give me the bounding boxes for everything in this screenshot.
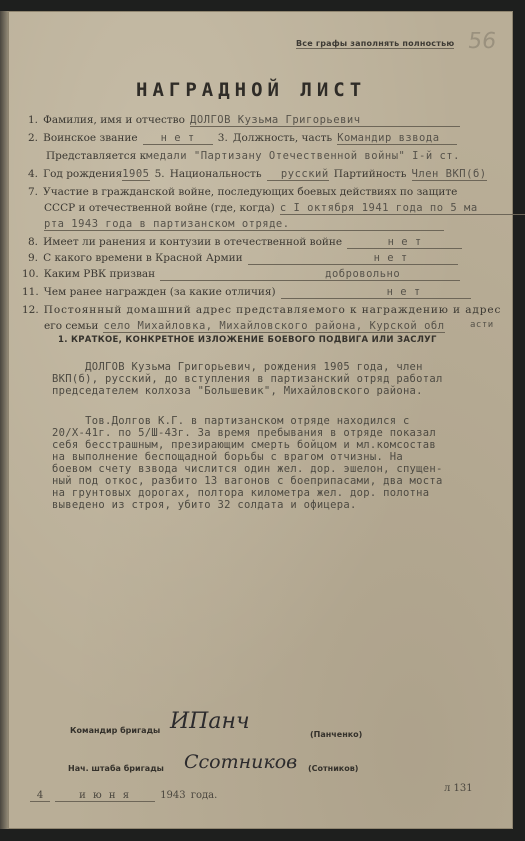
field-number: 12. [22, 304, 39, 316]
narrative-line: на грунтовых дорогах, полтора километра … [52, 487, 443, 499]
field-conscription: 10. Каким РВК призван добровольно [22, 262, 460, 281]
field-number: 3. [218, 132, 228, 144]
date-suffix: года. [191, 790, 218, 801]
page-mark: л 131 [444, 783, 473, 794]
field-number: 7. [28, 186, 38, 198]
field-number: 10. [22, 268, 39, 280]
commander-role-label: Командир бригады [70, 726, 160, 735]
field-home-address-cont: его семьи село Михайловка, Михайловского… [44, 314, 445, 333]
field-label: Национальность [170, 168, 262, 180]
field-label: Каким РВК призван [44, 268, 155, 280]
narrative-block: ДОЛГОВ Кузьма Григорьевич, рождения 1905… [52, 361, 443, 511]
field-previous-awards: 11. Чем ранее награжден (за какие отличи… [22, 280, 471, 299]
field-label: Должность, часть [233, 132, 332, 144]
field-label: его семьи [44, 320, 98, 332]
narrative-line: Тов.Долгов К.Г. в партизанском отряде на… [52, 415, 443, 427]
field-label: Фамилия, имя и отчество [43, 114, 185, 126]
section-heading: 1. КРАТКОЕ, КОНКРЕТНОЕ ИЗЛОЖЕНИЕ БОЕВОГО… [58, 335, 437, 345]
narrative-line [52, 397, 443, 415]
award-sheet-page: Все графы заполнять полностью 56 НАГРАДН… [8, 11, 513, 829]
field-label: Год рождения [43, 168, 122, 180]
field-number: 11. [22, 286, 39, 298]
field-birth-nationality-party: 4. Год рождения1905 5. Национальность ру… [28, 162, 487, 181]
document-date: 4 и ю н я 1943 года. [30, 783, 217, 802]
narrative-line: председателем колхоза "Большевик", Михай… [52, 385, 443, 397]
narrative-line: ВКП(б), русский, до вступления в партиза… [52, 373, 443, 385]
narrative-line: выведено из строя, убито 32 солдата и оф… [52, 499, 443, 511]
commander-signature: ИПанч [170, 709, 250, 734]
narrative-line: 20/Х-41г. по 5/Ш-43г. За время пребывани… [52, 427, 443, 439]
field-label: Воинское звание [43, 132, 137, 144]
chief-of-staff-signature: Ссотников [184, 751, 297, 773]
instruction-note: Все графы заполнять полностью [296, 39, 454, 49]
war-participation-value-2-row: рта 1943 года в партизанском отряде. [44, 212, 444, 231]
document-title: НАГРАДНОЙ ЛИСТ [136, 79, 366, 101]
narrative-line: ный под откос, разбито 13 вагонов с боеп… [52, 475, 443, 487]
commander-name: (Панченко) [310, 730, 362, 739]
field-full-name: 1. Фамилия, имя и отчество ДОЛГОВ Кузьма… [28, 108, 460, 127]
chief-of-staff-role-label: Нач. штаба бригады [68, 764, 164, 773]
chief-of-staff-name: (Сотников) [308, 764, 358, 773]
date-day: 4 [30, 790, 50, 802]
narrative-line: боевом счету взвода числится один жел. д… [52, 463, 443, 475]
field-rank-position: 2. Воинское звание н е т 3. Должность, ч… [28, 126, 457, 145]
field-award: Представляется кмедали "Партизану Отечес… [46, 144, 460, 163]
narrative-line: на выполнение беспощадной борьбы с враго… [52, 451, 443, 463]
field-number: 5. [155, 168, 165, 180]
award-value: медали "Партизану Отечественной войны" I… [146, 150, 460, 162]
field-number: 4. [28, 168, 38, 180]
narrative-line: ДОЛГОВ Кузьма Григорьевич, рождения 1905… [52, 361, 443, 373]
field-number: 2. [28, 132, 38, 144]
field-label: Представляется к [46, 150, 146, 162]
home-address-value: село Михайловка, Михайловского района, К… [103, 320, 444, 333]
home-address-overflow: асти [470, 320, 494, 330]
folio-number: 56 [466, 29, 498, 54]
narrative-line: себя бесстрашным, презирающим смерть бой… [52, 439, 443, 451]
field-label: Чем ранее награжден (за какие отличия) [44, 286, 276, 298]
field-label: Партийность [334, 168, 407, 180]
date-year: 1943 [160, 790, 185, 801]
date-month: и ю н я [55, 790, 155, 802]
field-number: 1. [28, 114, 38, 126]
